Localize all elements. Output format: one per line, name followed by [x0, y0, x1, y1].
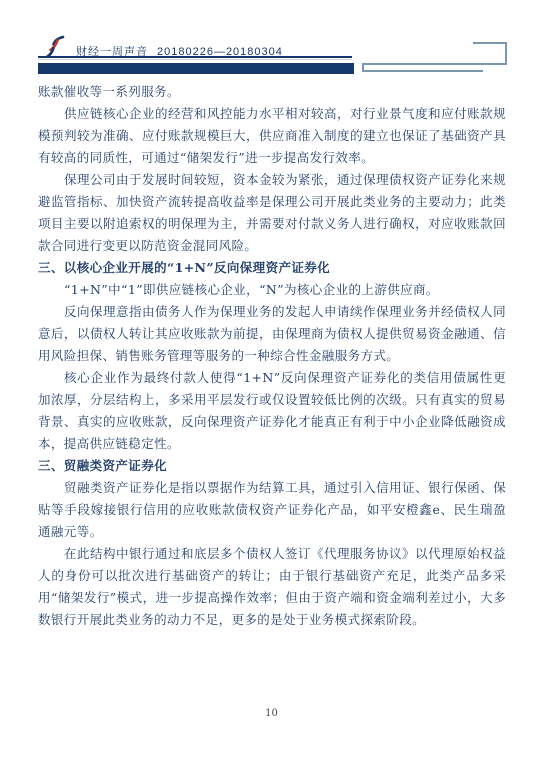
page-footer: 10 — [0, 708, 543, 719]
section-heading: 三、以核心企业开展的“1+N”反向保理资产证券化 — [38, 257, 506, 279]
body-paragraph: “1+N”中“1”即供应链核心企业，“N”为核心企业的上游供应商。 — [38, 279, 506, 301]
body-paragraph: 核心企业作为最终付款人使得“1+N”反向保理资产证券化的类信用债属性更加浓厚，分… — [38, 367, 506, 455]
body-paragraph: 供应链核心企业的经营和风控能力水平相对较高，对行业景气度和应付账款规模预判较为准… — [38, 103, 506, 169]
document-page: 财经一周声音 20180226—20180304 账款催收等一系列服务。 供应链… — [0, 0, 543, 768]
body-paragraph: 在此结构中银行通过和底层多个债权人签订《代理服务协议》以代理原始权益人的身份可以… — [38, 543, 506, 631]
page-number: 10 — [265, 708, 278, 719]
body-paragraph: 账款催收等一系列服务。 — [38, 81, 506, 103]
document-body: 账款催收等一系列服务。 供应链核心企业的经营和风控能力水平相对较高，对行业景气度… — [38, 81, 506, 631]
body-paragraph: 贸融类资产证券化是指以票据作为结算工具，通过引入信用证、银行保函、保贴等手段嫁接… — [38, 477, 506, 543]
header-rule-shadow — [38, 59, 352, 60]
body-paragraph: 反向保理意指由债务人作为保理业务的发起人申请续作保理业务并经债权人同意后，以债权… — [38, 301, 506, 367]
section-heading: 三、贸融类资产证券化 — [38, 455, 506, 477]
header-accent-bar — [38, 63, 354, 74]
header-rule — [38, 56, 352, 58]
body-paragraph: 保理公司由于发展时间较短，资本金较为紧张，通过保理债权资产证券化来规避监管指标、… — [38, 169, 506, 257]
